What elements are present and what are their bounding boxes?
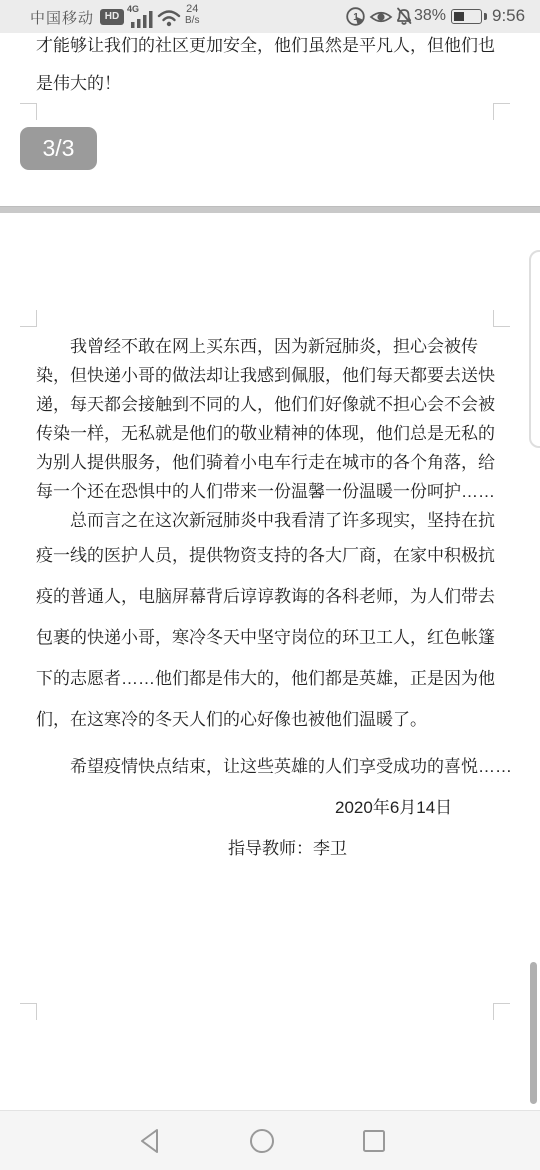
- carrier-label: 中国移动: [30, 7, 94, 28]
- nav-recent-button[interactable]: [360, 1127, 388, 1155]
- document-line: 染，但快递小哥的做法却让我感到佩服，他们每天都要去送快: [36, 361, 496, 390]
- scheduled-timer-icon: 1: [345, 6, 366, 32]
- phone-screen: { "status_bar": { "carrier": "中国移动", "hd…: [0, 0, 540, 1170]
- document-line: 疫的普通人，电脑屏幕背后谆谆教诲的各科老师，为人们带去: [36, 576, 496, 617]
- hd-badge: HD: [100, 9, 124, 25]
- eye-comfort-icon: [369, 8, 393, 31]
- nav-back-button[interactable]: [137, 1127, 165, 1155]
- margin-mark-top-right: [493, 310, 510, 327]
- document-line: 们，在这寒冷的冬天人们的心好像也被他们温暖了。: [36, 699, 496, 740]
- margin-mark-bottom-left: [20, 103, 37, 120]
- document-line: 下的志愿者……他们都是伟大的，他们都是英雄，正是因为他: [36, 658, 496, 699]
- document-line: 递，每天都会接触到不同的人，他们们好像就不担心会不会被: [36, 390, 496, 419]
- cellular-signal-icon: 4G: [127, 4, 154, 30]
- battery-percent: 38%: [414, 7, 446, 25]
- document-line: 传染一样，无私就是他们的敬业精神的体现，他们总是无私的: [36, 419, 496, 448]
- nav-home-button[interactable]: [248, 1127, 276, 1155]
- document-line: 是伟大的！: [36, 65, 496, 103]
- page-indicator-badge: 3/3: [20, 127, 97, 170]
- document-teacher: 指导教师：李卫: [36, 828, 496, 869]
- document-date: 2020年6月14日: [36, 787, 496, 828]
- status-bar: 中国移动 HD 4G 24 B/s 1: [0, 0, 540, 33]
- document-body: 我曾经不敢在网上买东西，因为新冠肺炎，担心会被传 染，但快递小哥的做法却让我感到…: [36, 332, 496, 869]
- margin-mark-bottom-right: [493, 1003, 510, 1020]
- speed-unit: B/s: [185, 15, 199, 26]
- speed-value: 24: [185, 4, 199, 15]
- document-line: 为别人提供服务，他们骑着小电车行走在城市的各个角落，给: [36, 448, 496, 477]
- margin-mark-bottom-right: [493, 103, 510, 120]
- document-line: 总而言之在这次新冠肺炎中我看清了许多现实，坚持在抗: [36, 506, 496, 535]
- battery-icon: [451, 9, 482, 24]
- wifi-icon: [157, 8, 181, 32]
- margin-mark-bottom-left: [20, 1003, 37, 1020]
- document-line: 包裹的快递小哥，寒冷冬天中坚守岗位的环卫工人，红色帐篷: [36, 617, 496, 658]
- margin-mark-top-left: [20, 310, 37, 327]
- document-line: 我曾经不敢在网上买东西，因为新冠肺炎，担心会被传: [36, 332, 496, 361]
- document-line: 希望疫情快点结束，让这些英雄的人们享受成功的喜悦……: [36, 746, 496, 787]
- battery-nub: [484, 13, 487, 20]
- document-line: 每一个还在恐惧中的人们带来一份温馨一份温暖一份呵护……: [36, 477, 496, 506]
- status-time: 9:56: [492, 6, 525, 26]
- mute-bell-icon: [394, 6, 414, 32]
- network-speed: 24 B/s: [185, 4, 199, 26]
- document-line: 疫一线的医护人员，提供物资支持的各大厂商，在家中积极抗: [36, 535, 496, 576]
- scrollbar-thumb[interactable]: [530, 962, 537, 1104]
- page-separator: [0, 206, 540, 213]
- android-nav-bar: [0, 1110, 540, 1170]
- previous-page-fragment: 才能够让我们的社区更加安全，他们虽然是平凡人，但他们也 是伟大的！: [36, 33, 496, 119]
- document-line: 才能够让我们的社区更加安全，他们虽然是平凡人，但他们也: [36, 33, 496, 65]
- scroll-indicator-outline[interactable]: [529, 250, 540, 448]
